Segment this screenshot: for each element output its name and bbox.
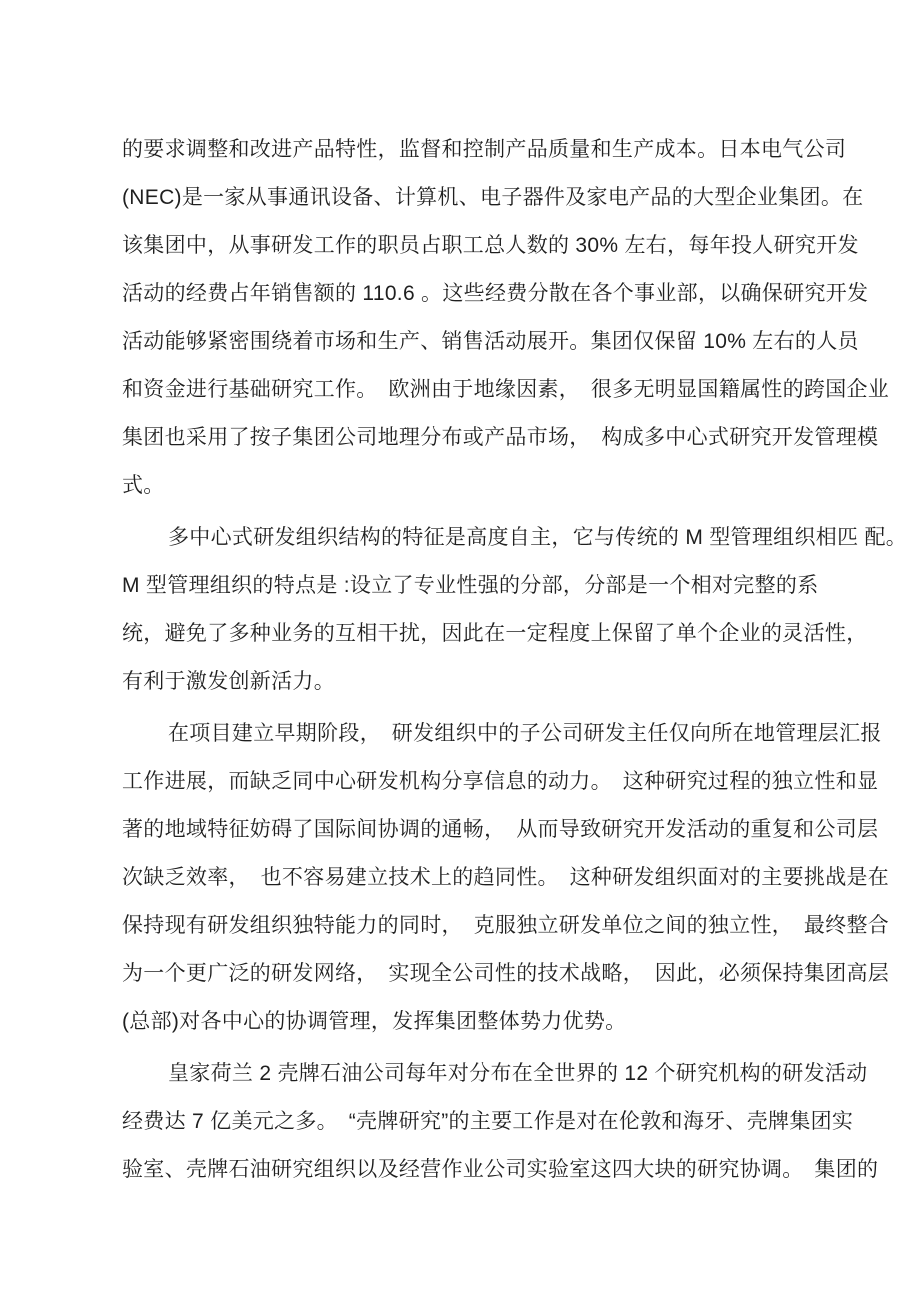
text-line: 集团也采用了按子集团公司地理分布或产品市场， 构成多中心式研究开发管理模 (122, 414, 812, 462)
text-line: 为一个更广泛的研发网络， 实现全公司性的技术战略， 因此，必须保持集团高层 (122, 950, 812, 998)
text-line: 次缺乏效率， 也不容易建立技术上的趋同性。 这种研发组织面对的主要挑战是在 (122, 854, 812, 902)
text-line: 经费达 7 亿美元之多。 “壳牌研究”的主要工作是对在伦敦和海牙、壳牌集团实 (122, 1098, 812, 1146)
paragraph: 在项目建立早期阶段， 研发组织中的子公司研发主任仅向所在地管理层汇报工作进展，而… (122, 710, 812, 1046)
paragraph: 的要求调整和改进产品特性，监督和控制产品质量和生产成本。日本电气公司(NEC)是… (122, 126, 812, 510)
text-line: 式。 (122, 462, 812, 510)
text-line: 活动的经费占年销售额的 110.6 。这些经费分散在各个事业部，以确保研究开发 (122, 270, 812, 318)
paragraph: 多中心式研发组织结构的特征是高度自主，它与传统的 M 型管理组织相匹 配。M 型… (122, 514, 812, 706)
text-line: 和资金进行基础研究工作。 欧洲由于地缘因素， 很多无明显国籍属性的跨国企业 (122, 366, 812, 414)
text-line: 著的地域特征妨碍了国际间协调的通畅， 从而导致研究开发活动的重复和公司层 (122, 806, 812, 854)
text-line: 有利于激发创新活力。 (122, 658, 812, 706)
text-line: 保持现有研发组织独特能力的同时， 克服独立研发单位之间的独立性， 最终整合 (122, 902, 812, 950)
document-page: 的要求调整和改进产品特性，监督和控制产品质量和生产成本。日本电气公司(NEC)是… (0, 0, 920, 1303)
text-line: 的要求调整和改进产品特性，监督和控制产品质量和生产成本。日本电气公司 (122, 126, 812, 174)
text-line: 统，避免了多种业务的互相干扰，因此在一定程度上保留了单个企业的灵活性， (122, 610, 812, 658)
text-line: 该集团中，从事研发工作的职员占职工总人数的 30% 左右，每年投人研究开发 (122, 222, 812, 270)
text-line: M 型管理组织的特点是 :设立了专业性强的分部，分部是一个相对完整的系 (122, 562, 812, 610)
text-line: 皇家荷兰 2 壳牌石油公司每年对分布在全世界的 12 个研究机构的研发活动 (122, 1050, 812, 1098)
text-line: 工作进展，而缺乏同中心研发机构分享信息的动力。 这种研究过程的独立性和显 (122, 758, 812, 806)
text-line: (总部)对各中心的协调管理，发挥集团整体势力优势。 (122, 998, 812, 1046)
paragraph: 皇家荷兰 2 壳牌石油公司每年对分布在全世界的 12 个研究机构的研发活动经费达… (122, 1050, 812, 1194)
text-line: 多中心式研发组织结构的特征是高度自主，它与传统的 M 型管理组织相匹 配。 (122, 514, 812, 562)
document-body-text: 的要求调整和改进产品特性，监督和控制产品质量和生产成本。日本电气公司(NEC)是… (122, 126, 812, 1194)
text-line: 验室、壳牌石油研究组织以及经营作业公司实验室这四大块的研究协调。 集团的 (122, 1146, 812, 1194)
text-line: 在项目建立早期阶段， 研发组织中的子公司研发主任仅向所在地管理层汇报 (122, 710, 812, 758)
text-line: (NEC)是一家从事通讯设备、计算机、电子器件及家电产品的大型企业集团。在 (122, 174, 812, 222)
text-line: 活动能够紧密围绕着市场和生产、销售活动展开。集团仅保留 10% 左右的人员 (122, 318, 812, 366)
